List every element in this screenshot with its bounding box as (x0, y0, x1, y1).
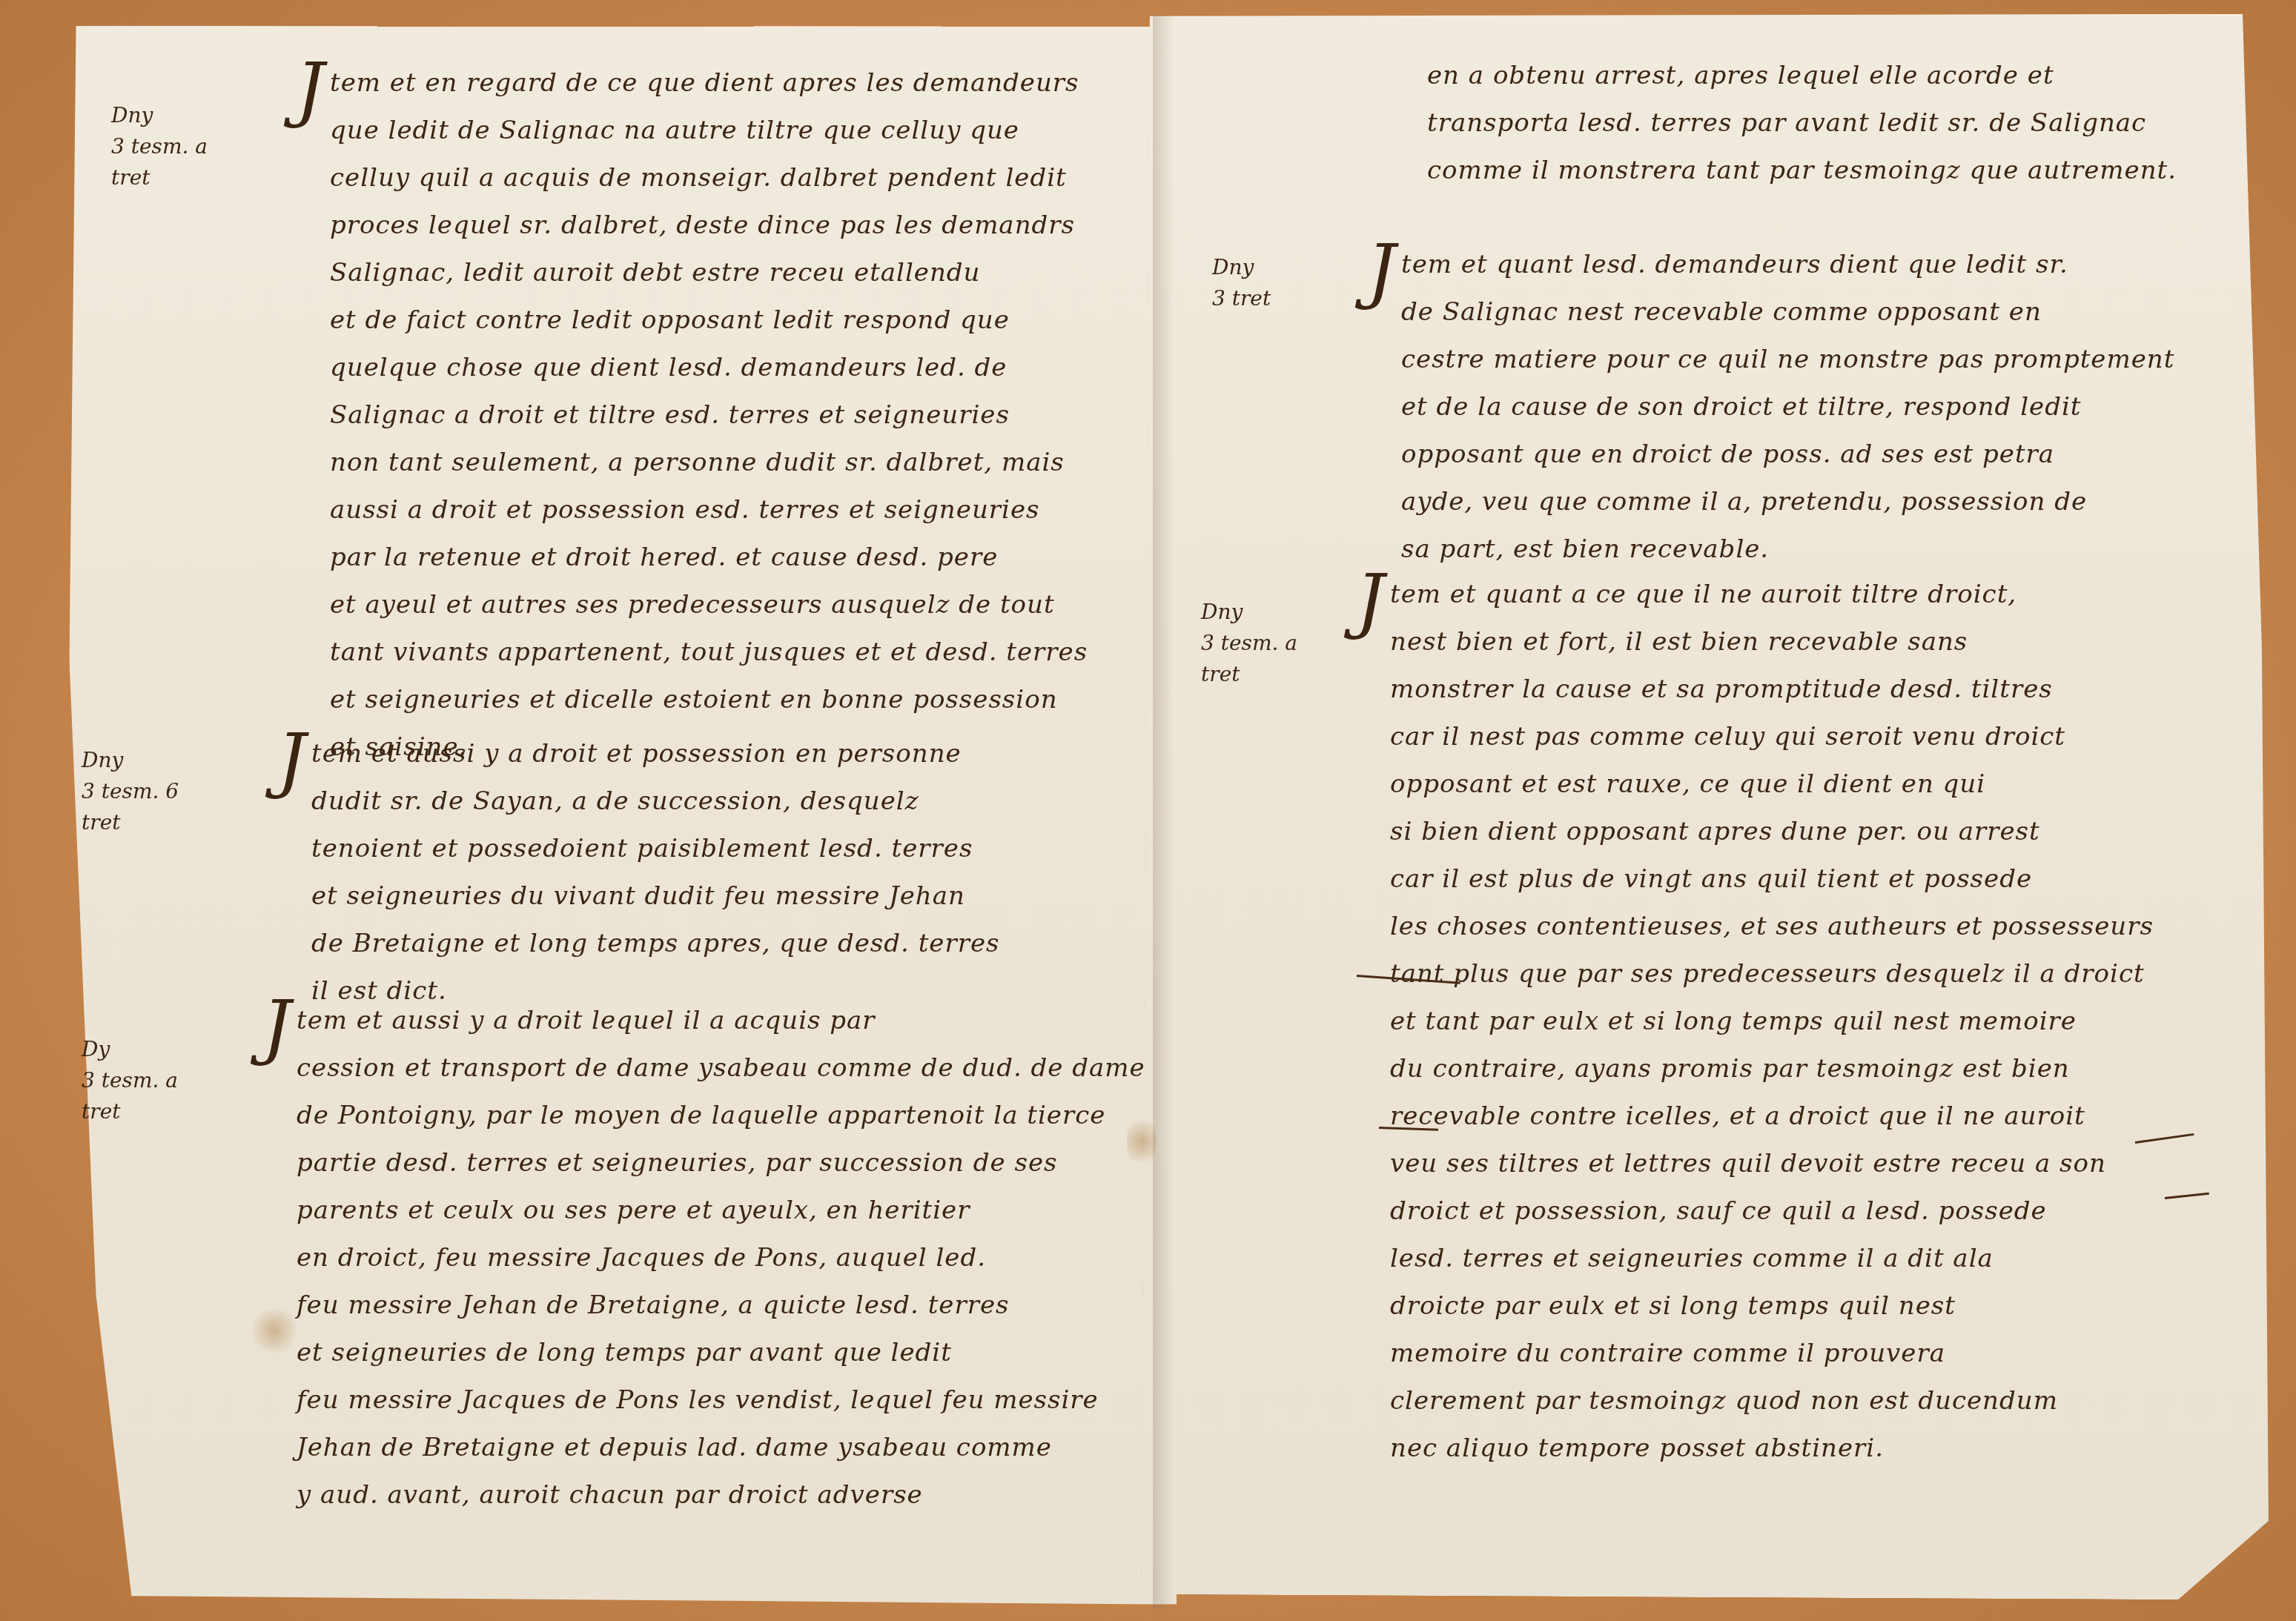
decorated-initial: J (277, 724, 306, 795)
decorated-initial: J (262, 991, 291, 1062)
left-item-2: J tem et aussi y a droit et possession e… (311, 730, 1000, 1015)
margin-note-left-3: Dy 3 tesm. a tret (82, 1034, 178, 1127)
photo-background: Dny 3 tesm. a tret Dny 3 tesm. 6 tret Dy… (0, 0, 2296, 1621)
margin-note-right-2: Dny 3 tesm. a tret (1201, 597, 1297, 690)
right-continuation: en a obtenu arrest, apres lequel elle ac… (1427, 52, 2177, 194)
margin-note-right-1: Dny 3 tret (1212, 252, 1271, 314)
left-item-3: J tem et aussi y a droit lequel il a acq… (297, 997, 1145, 1519)
decorated-initial: J (1356, 565, 1385, 636)
decorated-initial: J (296, 53, 325, 125)
margin-note-left-1: Dny 3 tesm. a tret (111, 100, 208, 193)
right-item-2: J tem et quant a ce que il ne auroit til… (1390, 571, 2154, 1472)
left-item-1: J tem et en regard de ce que dient apres… (330, 59, 1088, 771)
margin-note-left-2: Dny 3 tesm. 6 tret (82, 745, 179, 838)
right-item-1: J tem et quant lesd. demandeurs dient qu… (1401, 241, 2174, 573)
paper-stain (252, 1305, 297, 1356)
decorated-initial: J (1367, 235, 1396, 306)
